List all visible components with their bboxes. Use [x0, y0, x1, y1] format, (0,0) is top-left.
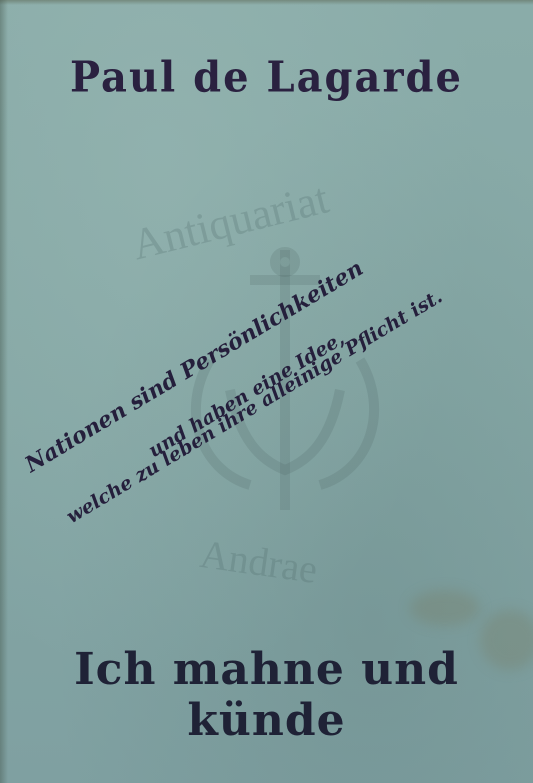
author-name: Paul de Lagarde: [0, 53, 533, 102]
stain-mark: [410, 590, 480, 626]
book-cover: Antiquariat Andrae Paul de Lagarde Natio…: [0, 0, 533, 783]
handwritten-quote: Nationen sind Persönlichkeiten und haben…: [28, 230, 533, 470]
book-title: Ich mahne und künde: [0, 644, 533, 746]
cover-top-edge: [0, 0, 533, 5]
